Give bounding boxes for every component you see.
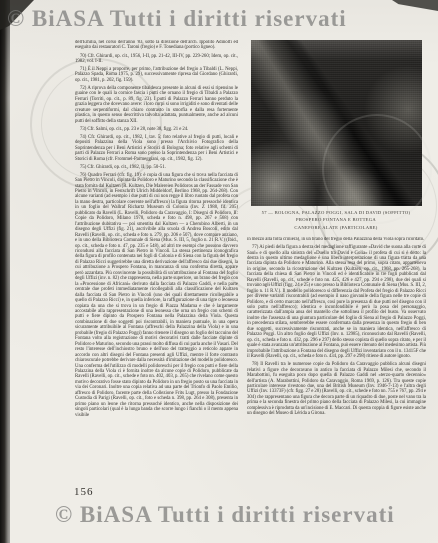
footnote-text: dell'Emilia, nel corso dell'anno '83, so… [75,40,238,51]
footnotes-column-left: dell'Emilia, nel corso dell'anno '83, so… [75,40,238,481]
footnote-text: in mezzo alla folta criniera), in un bra… [247,237,426,242]
library-stamp-watermark [322,114,432,224]
figure-caption-line3: CANEFORE ALATE (PARTICOLARE) [243,224,429,231]
scan-edge-top-right [392,0,438,11]
footnote-76: 76) Quadro Ferrari (cfr. fig. 19): è cop… [75,173,238,418]
biasa-watermark-bottom: © BiASA Tutti i diritti riservati [55,502,395,528]
footnote-70: 70) Cfr. Ghirardi, op. cit., 1956, I-II,… [75,54,238,65]
footnote-71: 71) È il Neppi a proporre, per primo, l'… [75,67,238,83]
footnote-72: 72) A riprova della componente tibaldesc… [75,86,238,124]
fresco-photograph [251,40,422,206]
footnote-73: 73) Cfr. Salmi, op. cit., pp. 23 e 28, n… [75,127,238,132]
footnote-78: 78) Il Ravelli tra le numerose copie da … [247,362,426,417]
scan-edge-left [0,0,10,543]
footnote-77: 77) Ai piedi della figura a destra del m… [247,245,426,360]
figure-caption-line1: 57 — BOLOGNA, PALAZZO POGGI, SALA DI DAV… [243,209,429,216]
biasa-watermark-top: © BiASA Tutti i diritti riservati [7,6,347,32]
page-number: 156 [74,486,94,498]
footnote-75: 75) Cfr. Ghirardi, op. cit., 1982, II, p… [75,165,238,170]
footnote-74: 74) Cfr. Ghirardi, op. cit., 1982, I, ta… [75,135,238,162]
figure-caption: 57 — BOLOGNA, PALAZZO POGGI, SALA DI DAV… [243,209,429,231]
footnotes-column-right: in mezzo alla folta criniera), in un bra… [247,237,426,481]
figure-caption-line2: PROSPERO FONTANA E BOTTEGA [243,216,429,223]
